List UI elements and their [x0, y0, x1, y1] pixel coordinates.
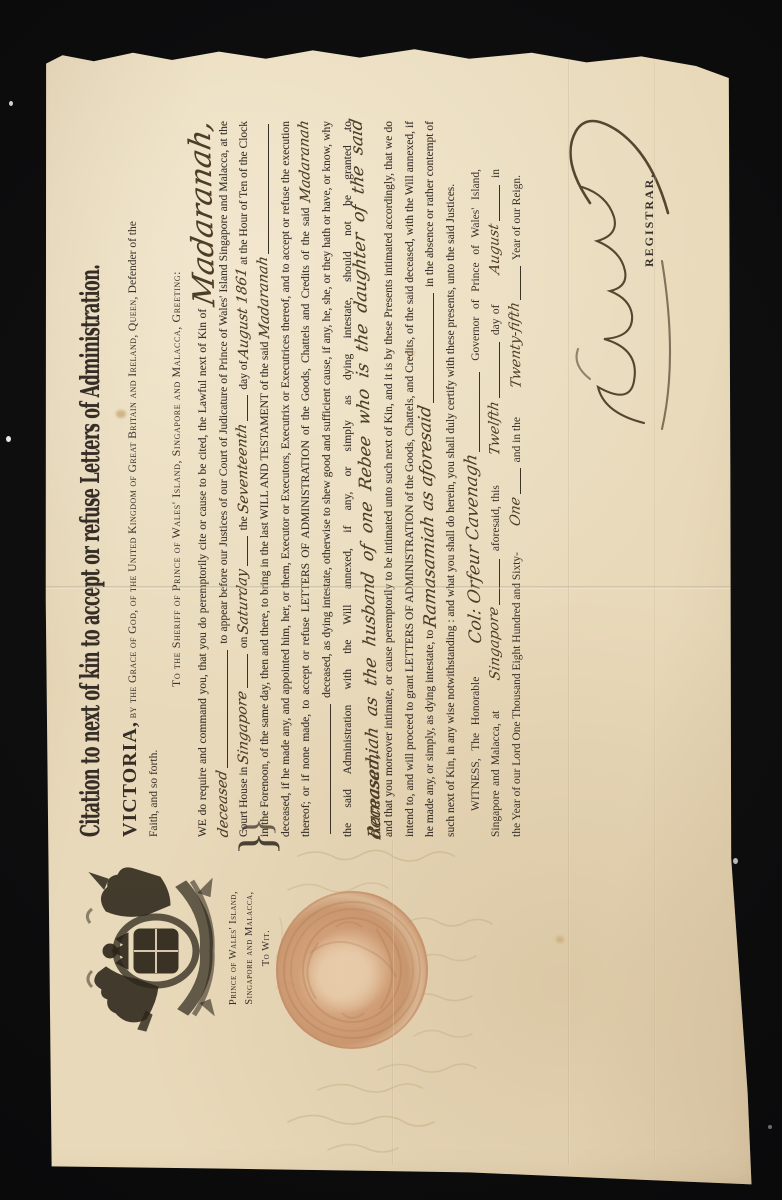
handwriting-grantee-clause: Ramasamiah as the husband of one Rebee w… — [357, 119, 376, 839]
registrar-signature — [546, 89, 696, 439]
text-block: Citation to next of kin to accept or ref… — [70, 121, 528, 837]
jurisdiction-block: Prince of Wales' Island, Singapore and M… — [226, 843, 275, 1053]
dust-speck — [9, 101, 13, 106]
handwriting-witness-day: Twelfth — [494, 401, 496, 481]
age-spot — [408, 350, 415, 356]
age-spot — [116, 410, 126, 418]
handwriting-reign-year: Twenty-fifth — [515, 302, 518, 414]
dust-speck — [733, 858, 738, 864]
registrar-signature-block: REGISTRAR, — [546, 89, 716, 439]
handwriting-witness-name: Col: Orfeur Cavenagh — [471, 454, 477, 670]
witness-clause: WITNESS, The Honorable Col: Orfeur Caven… — [466, 169, 528, 837]
blank-rule — [237, 654, 248, 688]
handwriting-year-suffix: One — [515, 497, 516, 552]
handwriting-grantee-aforesaid: Ramasamiah as aforesaid — [425, 405, 431, 627]
blank-rule — [510, 266, 521, 300]
handwriting-month-year: August 1861 — [242, 267, 244, 357]
handwriting-deceased-name: Madaranah — [304, 121, 306, 203]
sovereign-name: VICTORIA, — [119, 721, 141, 837]
handwriting-day-of-week: Saturday — [242, 569, 244, 634]
handwriting-deceased: deceased — [222, 771, 224, 838]
royal-style: by the Grace of God, of the United Kingd… — [127, 296, 139, 718]
handwriting-deceased-name: Madaranah — [263, 257, 265, 339]
document-content: Prince of Wales' Island, Singapore and M… — [46, 52, 730, 1165]
handwriting-witness-place: Singapore — [494, 607, 497, 706]
address-line: To the Sheriff of Prince of Wales' Islan… — [169, 121, 184, 837]
blank-rule — [489, 342, 500, 398]
registrar-label: REGISTRAR, — [642, 173, 657, 267]
royal-style-tail: Defender of the — [127, 221, 139, 293]
blank-rule — [469, 372, 480, 452]
handwriting-witness-month: August — [494, 224, 496, 300]
blank-rule — [258, 124, 269, 254]
blank-rule — [510, 468, 521, 494]
blank-rule — [423, 293, 434, 403]
age-spot — [556, 936, 564, 943]
blank-rule — [237, 536, 248, 566]
blank-rule — [237, 395, 248, 421]
jurisdiction-line3: To Wit. — [259, 843, 275, 1053]
dust-speck — [768, 1125, 772, 1129]
royal-coat-of-arms — [82, 855, 228, 1039]
seal-motif — [276, 891, 428, 1049]
royal-style-paragraph: VICTORIA, by the Grace of God, of the Un… — [115, 121, 164, 837]
handwriting-date-ordinal: Seventeenth — [242, 424, 244, 513]
handwriting-next-of-kin-name: Madaranah, — [200, 121, 205, 306]
dust-speck — [6, 436, 11, 442]
document-title: Citation to next of kin to accept or ref… — [70, 121, 107, 837]
royal-style-line2: Faith, and so forth. — [148, 750, 160, 837]
blank-rule — [489, 185, 500, 221]
blank-rule — [217, 650, 228, 768]
blank-rule — [320, 704, 331, 834]
handwriting-court-place: Singapore — [242, 691, 244, 764]
jurisdiction-line1: Prince of Wales' Island, — [226, 843, 242, 1053]
citation-body: WE do require and command you, that you … — [193, 121, 462, 837]
blank-rule — [489, 559, 500, 605]
photo-background: Prince of Wales' Island, Singapore and M… — [0, 0, 782, 1200]
document-paper: Prince of Wales' Island, Singapore and M… — [0, 0, 782, 1200]
jurisdiction-line2: Singapore and Malacca, — [242, 843, 258, 1053]
